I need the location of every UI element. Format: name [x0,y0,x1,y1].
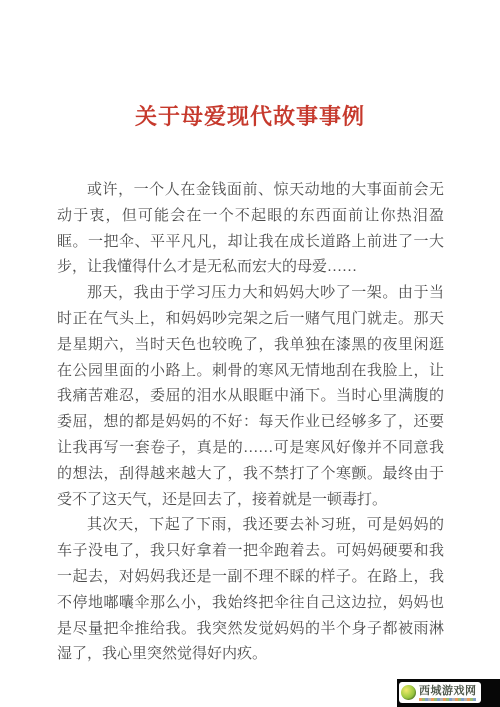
paragraph: 或许，一个人在金钱面前、惊天动地的大事面前会无动于衷，但可能会在一个不起眼的东西… [57,178,444,281]
article-title: 关于母爱现代故事事例 [0,100,500,131]
article-page: 关于母爱现代故事事例 或许，一个人在金钱面前、惊天动地的大事面前会无动于衷，但可… [0,0,500,707]
watermark-site-name: 西城游戏网 [419,685,477,697]
site-watermark: 西城游戏网 [397,679,500,707]
paragraph: 那天，我由于学习压力大和妈妈大吵了一架。由于当时正在气头上，和妈妈吵完架之后一赌… [57,281,444,513]
article-body: 或许，一个人在金钱面前、惊天动地的大事面前会无动于衷，但可能会在一个不起眼的东西… [57,178,444,668]
watermark-text: 西城游戏网 [419,685,477,701]
site-logo-icon [401,685,416,700]
watermark-micro-text [419,698,476,701]
paragraph: 其次天，下起了下雨，我还要去补习班，可是妈妈的车子没电了，我只好拿着一把伞跑着去… [57,513,444,668]
watermark-badge: 西城游戏网 [399,682,481,703]
